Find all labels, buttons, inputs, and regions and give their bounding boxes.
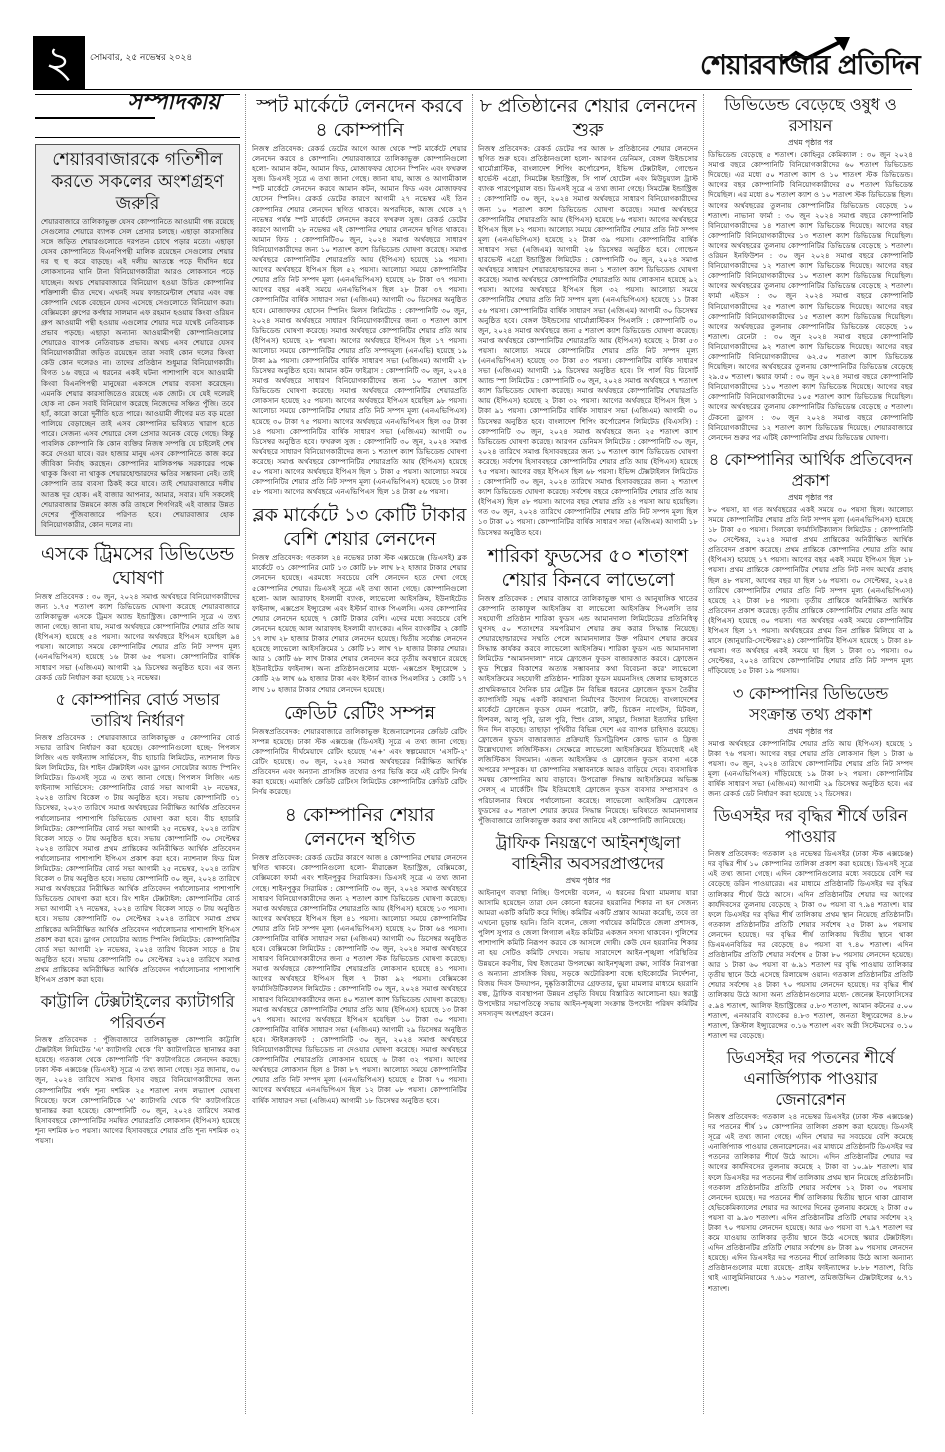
page-number: ২ xyxy=(33,36,85,89)
article-headline[interactable]: ব্লক মার্কেটে ১৩ কোটি টাকার বেশি শেয়ার … xyxy=(252,503,467,551)
article-headline[interactable]: ৮ প্রতিষ্ঠানের শেয়ার লেনদেন শুরু xyxy=(478,94,698,142)
article-headline[interactable]: ডিএসইর দর পতনের শীর্ষে এনার্জিপ্যাক পাওয… xyxy=(708,1047,913,1110)
article-body: ৮০ পয়সা, যা গত অর্থবছরের একই সময়ে ৩০ প… xyxy=(708,505,913,677)
article-body: সমাপ্ত অর্থবছরে কোম্পানিটির শেয়ার প্রতি… xyxy=(708,739,913,800)
article-headline[interactable]: স্পট মার্কেটে লেনদেন করবে ৪ কোম্পানি xyxy=(252,94,467,142)
article-body: নিজস্ব প্রতিবেদক: গতকাল ২৪ নভেম্বর ডিএসই… xyxy=(708,1112,913,1294)
column-divider xyxy=(703,94,704,1414)
article-body: ডিভিডেন্ড বেড়েছে ৫ শতাংশ। কোহিনুর কেমিক… xyxy=(708,150,913,443)
column-divider xyxy=(472,94,473,1414)
masthead-title: শেয়ারবাজার প্রতিদিন xyxy=(700,45,920,90)
article-body: নিজস্ব প্রতিবেদক : পুঁজিবাজারে তালিকাভুক… xyxy=(35,1035,240,1146)
column-1: সম্পাদকীয় শেয়ারবাজারকে গতিশীল করতে সকল… xyxy=(35,94,240,1414)
article-body: নিজস্ব প্রতিবেদক : ৩০ জুন, ২০২৪ সমাপ্ত অ… xyxy=(35,592,240,683)
article-headline[interactable]: শারিকা ফুডসের ৫০ শতাংশ শেয়ার কিনবে লাভে… xyxy=(478,544,698,592)
article-headline[interactable]: ডিভিডেন্ড বেড়েছে ওষুধ ও রসায়ন xyxy=(708,94,913,136)
article-headline[interactable]: ৫ কোম্পানির বোর্ড সভার তারিখ নির্ধারণ xyxy=(35,689,240,731)
continued-note: প্রথম পৃষ্ঠার পর xyxy=(708,493,913,503)
article-headline[interactable]: ক্রেডিট রেটিং সম্পন্ন xyxy=(252,701,467,725)
column-divider xyxy=(245,94,246,1414)
article-headline[interactable]: ৩ কোম্পানির ডিভিডেন্ড সংক্রান্ত তথ্য প্র… xyxy=(708,683,913,725)
article-body: নিজস্ব প্রতিবেদক : শেয়ারবাজারে তালিকাভু… xyxy=(35,733,240,985)
editorial-body: শেয়ারবাজারে তালিকাভুক্ত যেসব কোম্পানিতে… xyxy=(41,217,234,530)
article-body: নিজস্ব প্রতিবেদক : শেয়ার বাজারে তালিকাভ… xyxy=(478,594,698,826)
editorial-label: সম্পাদকীয় xyxy=(127,97,220,107)
column-2: স্পট মার্কেটে লেনদেন করবে ৪ কোম্পানি নিজ… xyxy=(252,94,467,1414)
column-4: ডিভিডেন্ড বেড়েছে ওষুধ ও রসায়ন প্রথম পৃ… xyxy=(708,94,913,1414)
continued-note: প্রথম পৃষ্ঠার পর xyxy=(708,727,913,737)
article-body: আইনানুগ ব্যবস্থা নিচ্ছি। উপদেষ্টা বলেন, … xyxy=(478,888,698,1019)
article-headline[interactable]: এসকে ট্রিমসের ডিভিডেন্ড ঘোষণা xyxy=(35,542,240,590)
article-headline[interactable]: ৪ কোম্পানির শেয়ার লেনদেন স্থগিত xyxy=(252,803,467,851)
article-body: নিজস্বপ্রতিবেদক: শেয়ারবাজারে তালিকাভুক্… xyxy=(252,727,467,798)
header-rule xyxy=(33,89,912,90)
column-3: ৮ প্রতিষ্ঠানের শেয়ার লেনদেন শুরু নিজস্ব… xyxy=(478,94,698,1414)
article-headline[interactable]: ৪ কোম্পানির আর্থিক প্রতিবেদন প্রকাশ xyxy=(708,449,913,491)
editorial-banner: সম্পাদকীয় xyxy=(35,94,240,138)
article-headline[interactable]: ডিএসইর দর বৃদ্ধির শীর্ষে ডরিন পাওয়ার xyxy=(708,805,913,847)
issue-date: সোমবার, ২৫ নভেম্বর ২০২৪ xyxy=(90,50,192,65)
article-headline[interactable]: ট্রাফিক নিয়ন্ত্রণে আইনশৃঙ্খলা বাহিনীর অ… xyxy=(478,832,698,874)
editorial-headline[interactable]: শেয়ারবাজারকে গতিশীল করতে সকলের অংশগ্রহণ… xyxy=(41,149,234,215)
continued-note: প্রথম পৃষ্ঠার পর xyxy=(478,876,698,886)
article-body: নিজস্ব প্রতিবেদক: গতকাল ২৪ নভেম্বর ঢাকা … xyxy=(252,553,467,694)
editorial-box: শেয়ারবাজারকে গতিশীল করতে সকলের অংশগ্রহণ… xyxy=(35,144,240,536)
article-headline[interactable]: কাট্টালি টেক্সটাইলের ক্যাটাগরি পরিবর্তন xyxy=(35,991,240,1033)
article-body: নিজস্ব প্রতিবেদক: রেকর্ড ডেটের কারণে আজ … xyxy=(252,853,467,1105)
article-body: নিজস্ব প্রতিবেদক: রেকর্ড ডেটের আগে আজ থে… xyxy=(252,144,467,497)
continued-note: প্রথম পৃষ্ঠার পর xyxy=(708,138,913,148)
article-body: নিজস্ব প্রতিবেদক: গতকাল ২৪ নভেম্বর ডিএসই… xyxy=(708,849,913,1041)
masthead[interactable]: শেয়ারবাজার প্রতিদিন xyxy=(700,37,910,92)
article-body: নিজস্ব প্রতিবেদক: রেকর্ড ডেটের পর আজ ৮ প… xyxy=(478,144,698,538)
